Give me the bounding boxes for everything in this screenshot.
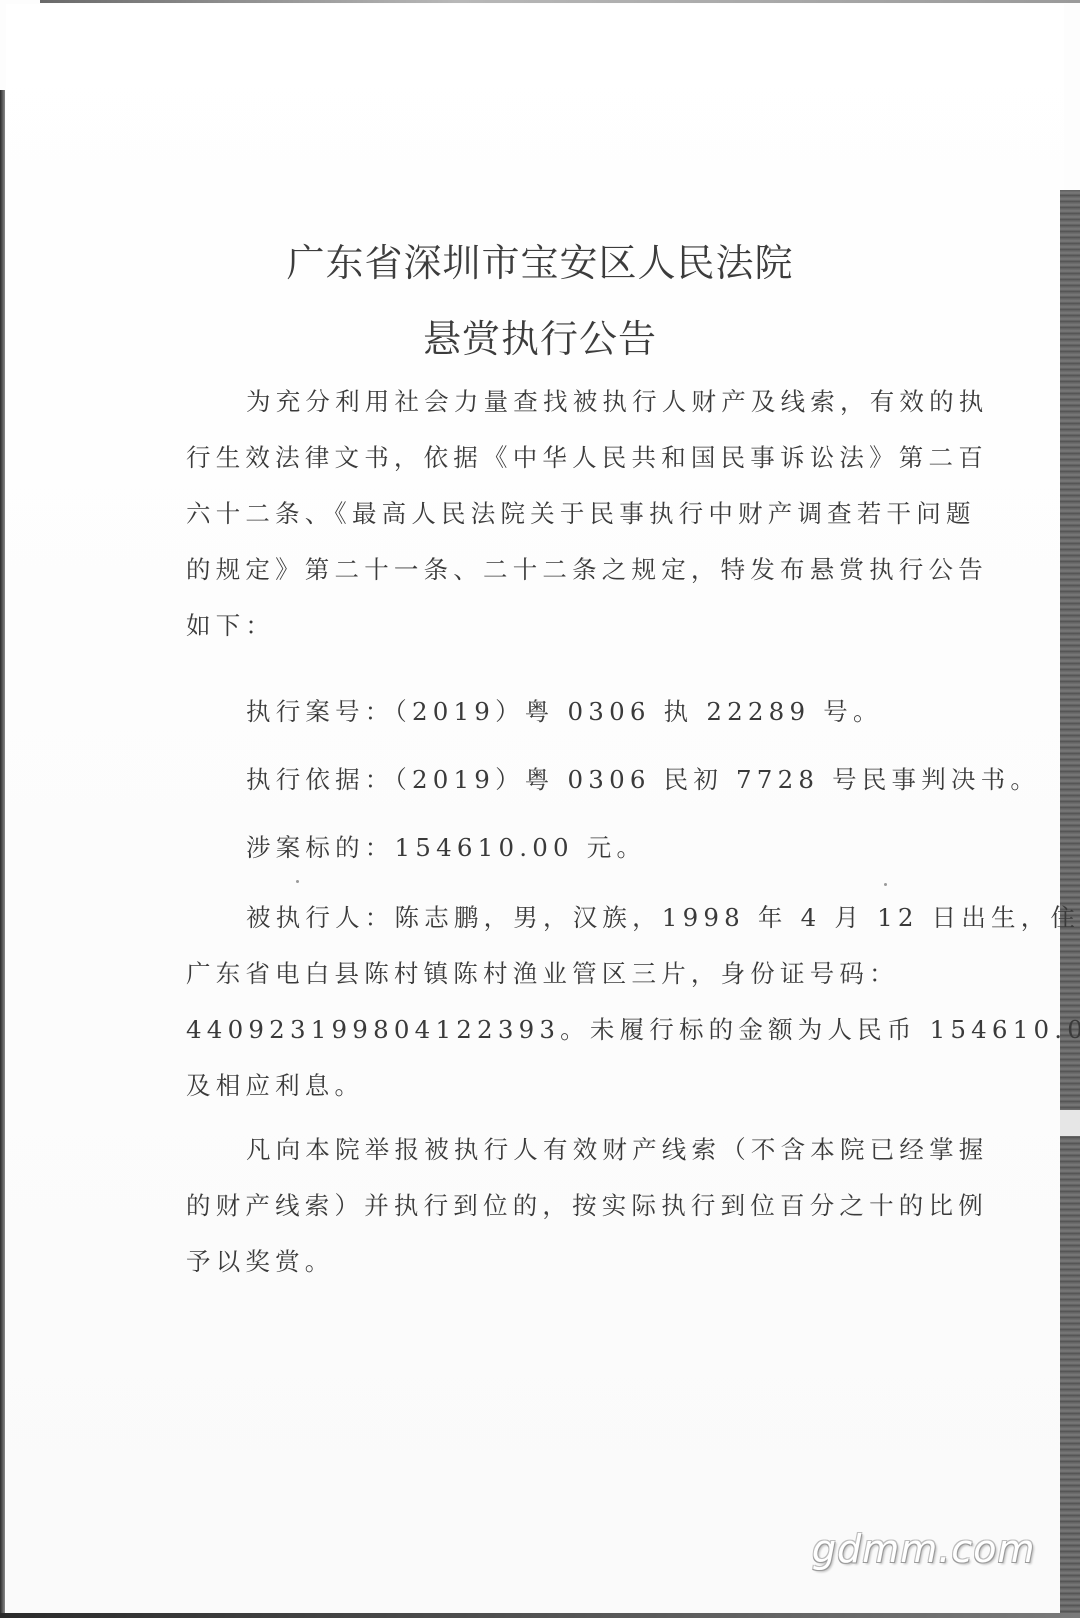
case-number: 执行案号：（2019）粤 0306 执 22289 号。	[186, 684, 956, 740]
paper-speck	[884, 883, 887, 886]
reward-line: 的财产线索）并执行到位的，按实际执行到位百分之十的比例	[186, 1178, 956, 1234]
intro-line: 行生效法律文书，依据《中华人民共和国民事诉讼法》第二百	[186, 430, 956, 486]
paper-speck	[296, 880, 299, 883]
intro-line: 如下：	[186, 598, 956, 654]
respondent-line: 及相应利息。	[186, 1058, 956, 1114]
respondent-line: 被执行人：陈志鹏，男，汉族，1998 年 4 月 12 日出生，住址	[186, 890, 956, 946]
execution-basis: 执行依据：（2019）粤 0306 民初 7728 号民事判决书。	[186, 752, 956, 808]
intro-line: 的规定》第二十一条、二十二条之规定，特发布悬赏执行公告	[186, 542, 956, 598]
paper-right-edge-gap	[1060, 1110, 1080, 1136]
paper-bottom-edge	[0, 1613, 1080, 1618]
notice-title: 悬赏执行公告	[0, 308, 1080, 363]
respondent-line: 广东省电白县陈村镇陈村渔业管区三片，身份证号码：	[186, 946, 956, 1002]
respondent-paragraph: 被执行人：陈志鹏，男，汉族，1998 年 4 月 12 日出生，住址 广东省电白…	[186, 890, 956, 1114]
case-amount: 涉案标的：154610.00 元。	[186, 820, 956, 876]
court-name-title: 广东省深圳市宝安区人民法院	[0, 232, 1080, 287]
amount-paragraph: 涉案标的：154610.00 元。	[186, 820, 956, 876]
intro-paragraph: 为充分利用社会力量查找被执行人财产及线索，有效的执 行生效法律文书，依据《中华人…	[186, 374, 956, 654]
respondent-line: 440923199804122393。未履行标的金额为人民币 154610.00…	[186, 1002, 956, 1058]
reward-line: 凡向本院举报被执行人有效财产线索（不含本院已经掌握	[186, 1122, 956, 1178]
intro-line: 六十二条、《最高人民法院关于民事执行中财产调查若干问题	[186, 486, 956, 542]
reward-paragraph: 凡向本院举报被执行人有效财产线索（不含本院已经掌握 的财产线索）并执行到位的，按…	[186, 1122, 956, 1290]
paper-top-edge	[40, 0, 1080, 3]
case-number-paragraph: 执行案号：（2019）粤 0306 执 22289 号。	[186, 684, 956, 740]
site-watermark: gdmm.com	[812, 1527, 1036, 1571]
intro-line: 为充分利用社会力量查找被执行人财产及线索，有效的执	[186, 374, 956, 430]
reward-line: 予以奖赏。	[186, 1234, 956, 1290]
basis-paragraph: 执行依据：（2019）粤 0306 民初 7728 号民事判决书。	[186, 752, 956, 808]
